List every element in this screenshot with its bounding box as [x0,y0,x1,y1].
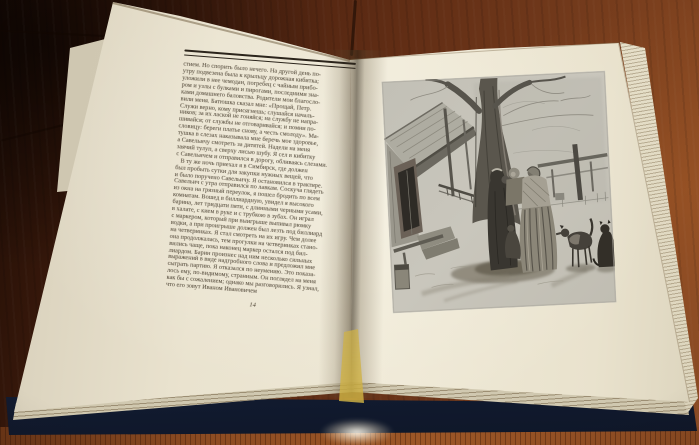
floor-glare-highlight [320,419,394,445]
body-paragraph-2: В ту же ночь приехал я в Симбирск, где д… [166,158,352,303]
left-page-text-block: стием. Но спорить было нечего. На другой… [140,48,360,325]
photo-open-book: стием. Но спорить было нечего. На другой… [0,0,699,445]
body-paragraph-1: стием. Но спорить было нечего. На другой… [176,61,359,171]
illustration-plate [381,71,616,314]
